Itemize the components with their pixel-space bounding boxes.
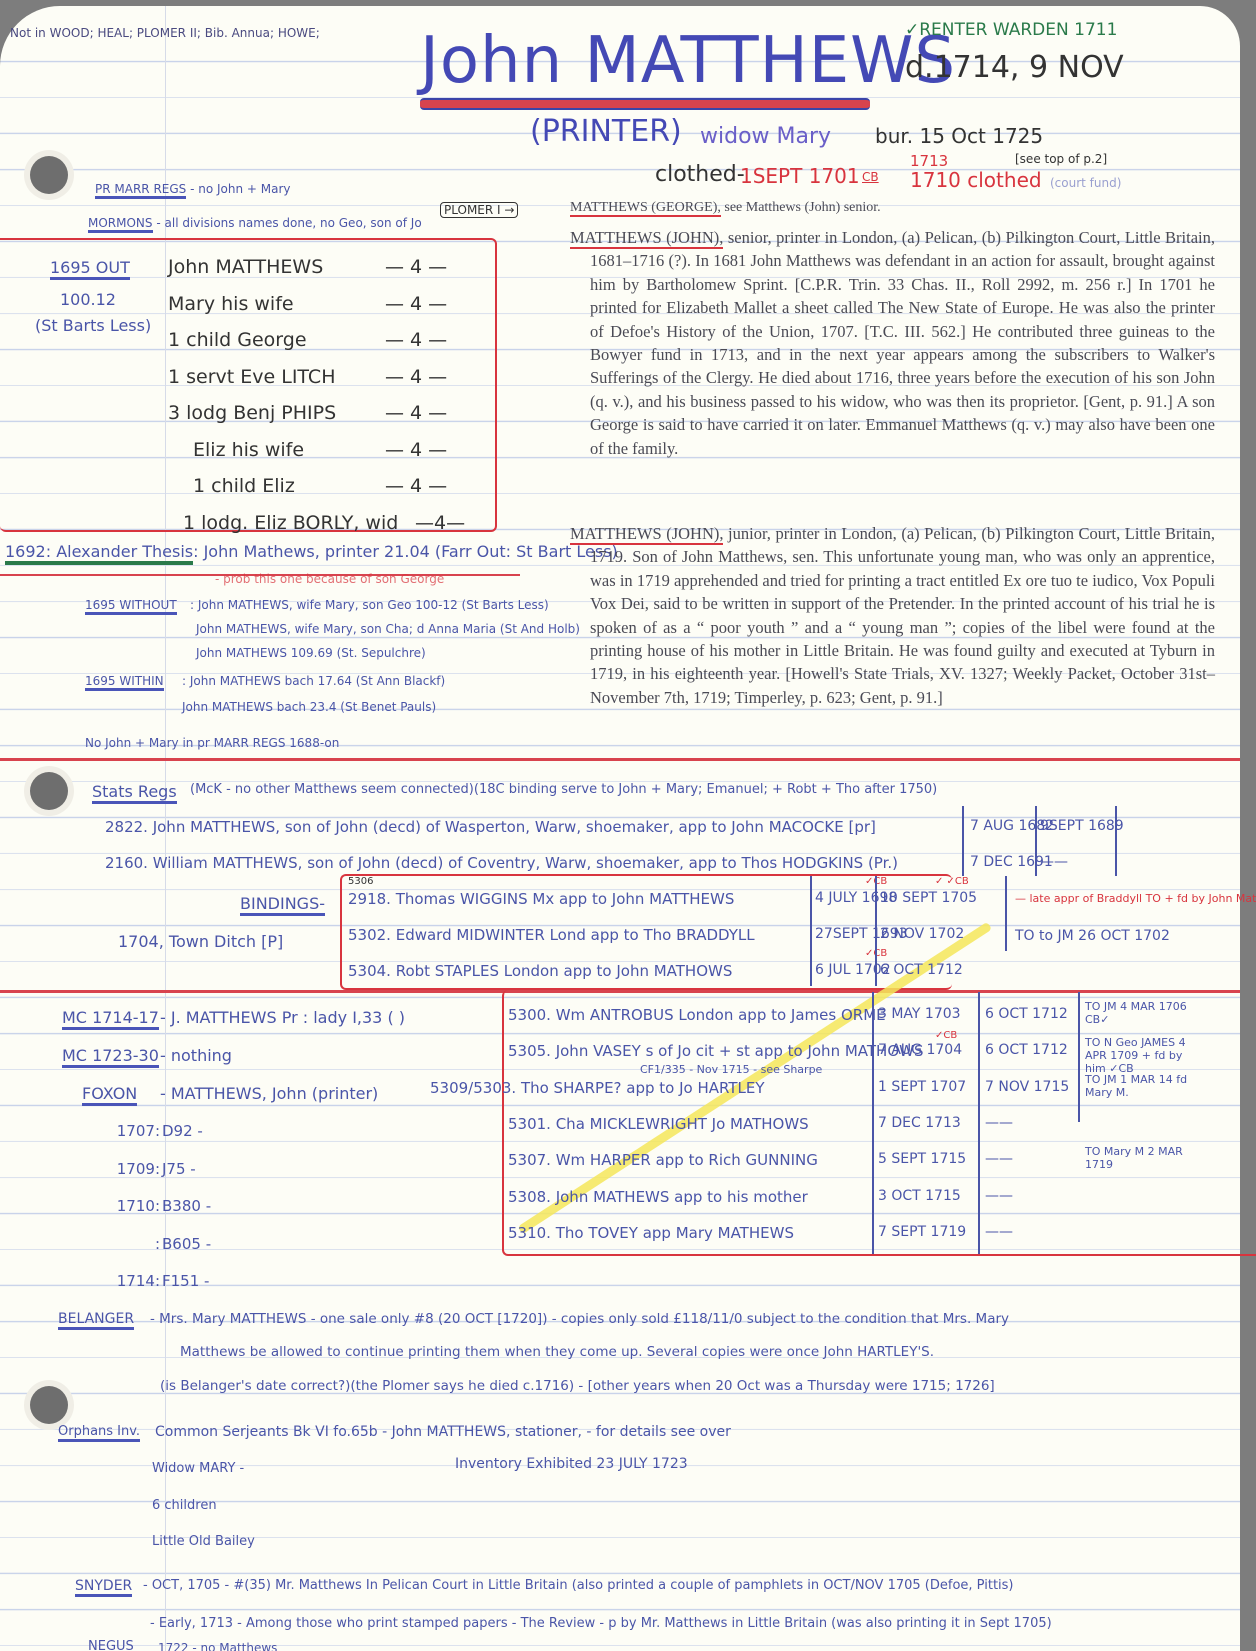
- see-page-note: [see top of p.2]: [1015, 152, 1107, 166]
- without-line: : John MATHEWS, wife Mary, son Geo 100-1…: [190, 598, 549, 612]
- town-ditch-note: 1704, Town Ditch [P]: [118, 932, 283, 951]
- mary-binding-bound-date: 3 MAY 1703: [878, 1006, 961, 1022]
- printed-entry-senior: MATTHEWS (JOHN), senior, printer in Lond…: [570, 226, 1215, 460]
- punch-hole: [30, 772, 68, 810]
- stats-entry-free-date: 9SEPT 1689: [1040, 818, 1124, 834]
- orphans-children: 6 children: [152, 1498, 217, 1513]
- foxon-year: 1707:: [110, 1122, 160, 1140]
- burial-date: bur. 15 Oct 1725: [875, 124, 1043, 148]
- household-member: 1 child George: [168, 329, 307, 351]
- thesis-note-red: - prob this one because of son George: [215, 572, 444, 586]
- george-head: MATTHEWS (GEORGE),: [570, 200, 721, 217]
- mc2-text: - nothing: [160, 1046, 232, 1065]
- out-1695-ref: 100.12: [60, 290, 116, 309]
- mary-binding-bound-date: 5 SEPT 1715: [878, 1151, 966, 1167]
- belanger-label: BELANGER: [58, 1311, 134, 1330]
- mary-binding-bound-date: 7 AUG 1704: [878, 1042, 962, 1058]
- thesis-text: : John Mathews, printer 21.04 (Farr Out:…: [193, 542, 618, 561]
- page-title: John MATTHEWS: [420, 24, 956, 98]
- binding-entry: 2918. Thomas WIGGINS Mx app to John MATT…: [348, 890, 734, 908]
- foxon-ref: J75 -: [162, 1160, 196, 1178]
- household-member: Eliz his wife: [193, 439, 304, 461]
- widow-name: widow Mary: [700, 124, 831, 149]
- cb-check-mark: ✓CB: [935, 1030, 957, 1041]
- mary-binding-bound-date: 3 OCT 1715: [878, 1188, 961, 1204]
- mary-binding-entry: 5308. John MATHEWS app to his mother: [508, 1188, 808, 1206]
- mormons-text: - all divisions names done, no Geo, son …: [156, 216, 421, 230]
- household-member: 1 child Eliz: [193, 475, 295, 497]
- orphans-inventory: Inventory Exhibited 23 JULY 1723: [455, 1456, 688, 1472]
- orphans-text: Common Serjeants Bk VI fo.65b - John MAT…: [155, 1424, 731, 1440]
- punch-hole: [30, 1386, 68, 1424]
- column-divider: [962, 806, 964, 876]
- within-line: : John MATHEWS bach 17.64 (St Ann Blackf…: [182, 674, 445, 688]
- foxon-year: :: [110, 1235, 160, 1253]
- pr-marr-regs-note: PR MARR REGS - no John + Mary: [95, 182, 291, 196]
- thesis-label: 1692: Alexander Thesis: [5, 542, 193, 565]
- orphans-label: Orphans Inv.: [58, 1424, 140, 1442]
- foxon-label: FOXON: [82, 1084, 137, 1106]
- column-divider: [810, 876, 812, 986]
- column-divider: [1115, 806, 1117, 876]
- mary-binding-free-date: ——: [985, 1151, 1013, 1167]
- mary-binding-entry: 5301. Cha MICKLEWRIGHT Jo MATHOWS: [508, 1115, 809, 1133]
- binding-entry: 5302. Edward MIDWINTER Lond app to Tho B…: [348, 926, 755, 944]
- notebook-page: Not in WOOD; HEAL; PLOMER II; Bib. Annua…: [0, 6, 1240, 1651]
- belanger-line: (is Belanger's date correct?)(the Plomer…: [160, 1378, 995, 1394]
- snyder-line: - Early, 1713 - Among those who print st…: [150, 1616, 1052, 1631]
- junior-text: junior, printer in London, (a) Pelican, …: [590, 524, 1215, 707]
- mary-binding-note: TO JM 4 MAR 1706 CB✓: [1085, 1000, 1205, 1026]
- clothed-date: 1SEPT 1701: [740, 164, 860, 188]
- clothed-1710-note: (court fund): [1050, 176, 1121, 190]
- mary-binding-free-date: ——: [985, 1115, 1013, 1131]
- mary-binding-bound-date: 1 SEPT 1707: [878, 1079, 966, 1095]
- orphans-widow: Widow MARY -: [152, 1461, 244, 1476]
- thesis-note: 1692: Alexander Thesis: John Mathews, pr…: [5, 542, 618, 561]
- cb-check-mark: ✓ ✓CB: [935, 876, 969, 887]
- punch-hole: [30, 156, 68, 194]
- within-line: John MATHEWS bach 23.4 (St Benet Pauls): [182, 700, 436, 714]
- renter-warden-note: ✓RENTER WARDEN 1711: [905, 20, 1117, 40]
- household-member: Mary his wife: [168, 293, 294, 315]
- mary-binding-bound-date: 7 SEPT 1719: [878, 1224, 966, 1240]
- within-label: 1695 WITHIN: [85, 674, 164, 691]
- household-value: — 4 —: [385, 475, 447, 497]
- binding-free-date: 10 SEPT 1705: [880, 890, 977, 906]
- household-value: — 4 —: [385, 366, 447, 388]
- without-label: 1695 WITHOUT: [85, 598, 177, 615]
- snyder-line: - OCT, 1705 - #(35) Mr. Matthews In Peli…: [143, 1578, 1014, 1593]
- section-divider: [0, 758, 1240, 761]
- belanger-line: - Mrs. Mary MATTHEWS - one sale only #8 …: [150, 1311, 1009, 1327]
- binding-note: TO to JM 26 OCT 1702: [1015, 928, 1170, 944]
- mary-binding-free-date: 6 OCT 1712: [985, 1006, 1068, 1022]
- mary-binding-free-date: 6 OCT 1712: [985, 1042, 1068, 1058]
- household-member: 3 lodg Benj PHIPS: [168, 402, 336, 424]
- junior-head: MATTHEWS (JOHN),: [570, 524, 723, 545]
- stats-entry: 2160. William MATTHEWS, son of John (dec…: [105, 854, 898, 872]
- mary-binding-entry: 5305. John VASEY s of Jo cit + st app to…: [508, 1042, 923, 1060]
- foxon-year: 1714:: [110, 1272, 160, 1290]
- snyder-label: SNYDER: [75, 1578, 132, 1597]
- mormons-label: MORMONS: [88, 216, 153, 233]
- stats-entry: 2822. John MATTHEWS, son of John (decd) …: [105, 818, 876, 836]
- negus-label: NEGUS: [88, 1639, 134, 1651]
- foxon-year: 1710:: [110, 1197, 160, 1215]
- plomer-ref: PLOMER I →: [440, 202, 518, 218]
- mary-binding-annotation: CF1/335 - Nov 1715 - see Sharpe: [640, 1063, 822, 1076]
- bindings-label: BINDINGS-: [240, 894, 325, 916]
- pr-marr-regs-label: PR MARR REGS: [95, 182, 186, 199]
- household-member: 1 servt Eve LITCH: [168, 366, 335, 388]
- household-member: John MATTHEWS: [168, 256, 323, 278]
- mary-binding-note: TO JM 1 MAR 14 fd Mary M.: [1085, 1073, 1205, 1099]
- without-line: John MATHEWS 109.69 (St. Sepulchre): [196, 646, 426, 660]
- pr-marr-regs-text: - no John + Mary: [190, 182, 290, 196]
- foxon-ref: B605 -: [162, 1235, 211, 1253]
- foxon-ref: B380 -: [162, 1197, 211, 1215]
- title-underline: [420, 98, 870, 110]
- binding-note: — late appr of Braddyll TO + fd by John …: [1015, 892, 1256, 905]
- binding-num-above: 5306: [348, 876, 373, 887]
- column-divider: [1078, 992, 1080, 1122]
- not-in-sources-note: Not in WOOD; HEAL; PLOMER II; Bib. Annua…: [10, 26, 320, 40]
- orphans-place: Little Old Bailey: [152, 1534, 255, 1549]
- stats-entry-free-date: ——: [1040, 854, 1068, 870]
- printed-entry-george: MATTHEWS (GEORGE), see Matthews (John) s…: [570, 196, 1215, 219]
- household-member: 1 lodg. Eliz BORLY, wid: [183, 512, 398, 534]
- binding-free-date: 2 NOV 1702: [880, 926, 964, 942]
- mc1-text: - J. MATTHEWS Pr : lady I,33 ( ): [160, 1008, 405, 1027]
- household-value: —4—: [415, 512, 465, 534]
- household-value: — 4 —: [385, 329, 447, 351]
- foxon-ref: F151 -: [162, 1272, 209, 1290]
- mary-binding-entry: 5300. Wm ANTROBUS London app to James OR…: [508, 1006, 886, 1024]
- column-divider: [1035, 806, 1037, 876]
- foxon-year: 1709:: [110, 1160, 160, 1178]
- foxon-text: - MATTHEWS, John (printer): [160, 1084, 378, 1103]
- mc2-label: MC 1723-30: [62, 1046, 159, 1068]
- mary-binding-free-date: 7 NOV 1715: [985, 1079, 1069, 1095]
- mary-binding-free-date: ——: [985, 1188, 1013, 1204]
- column-divider: [1005, 876, 1007, 951]
- out-1695-label: 1695 OUT: [50, 258, 130, 277]
- clothed-1710: 1710 clothed: [910, 168, 1042, 192]
- mary-binding-note: TO Mary M 2 MAR 1719: [1085, 1145, 1205, 1171]
- negus-text: 1722 - no Matthews: [158, 1641, 277, 1651]
- column-divider: [875, 876, 877, 986]
- no-john-mary-note: No John + Mary in pr MARR REGS 1688-on: [85, 736, 339, 750]
- belanger-line: Matthews be allowed to continue printing…: [180, 1344, 934, 1360]
- george-text: see Matthews (John) senior.: [721, 200, 881, 215]
- binding-free-date: 6 OCT 1712: [880, 962, 963, 978]
- household-value: — 4 —: [385, 293, 447, 315]
- mary-binding-bound-date: 7 DEC 1713: [878, 1115, 961, 1131]
- death-date: d.1714, 9 NOV: [905, 50, 1124, 85]
- printed-entry-junior: MATTHEWS (JOHN), junior, printer in Lond…: [570, 522, 1215, 709]
- household-value: — 4 —: [385, 402, 447, 424]
- mormons-note: MORMONS - all divisions names done, no G…: [88, 216, 422, 230]
- mary-binding-entry: 5310. Tho TOVEY app Mary MATHEWS: [508, 1224, 794, 1242]
- column-divider: [872, 992, 874, 1254]
- trade-label: (PRINTER): [530, 114, 682, 149]
- column-divider: [978, 992, 980, 1254]
- household-value: — 4 —: [385, 439, 447, 461]
- mary-binding-free-date: ——: [985, 1224, 1013, 1240]
- without-line: John MATHEWS, wife Mary, son Cha; d Anna…: [196, 622, 580, 636]
- foxon-ref: D92 -: [162, 1122, 203, 1140]
- senior-head: MATTHEWS (JOHN),: [570, 228, 723, 249]
- mary-binding-entry: 5309/5303. Tho SHARPE? app to Jo HARTLEY: [430, 1079, 765, 1097]
- clothed-label: clothed-: [655, 162, 745, 187]
- out-1695-parish: (St Barts Less): [35, 316, 151, 335]
- mary-binding-note: TO N Geo JAMES 4 APR 1709 + fd by him ✓C…: [1085, 1036, 1205, 1075]
- cb-mark: CB: [862, 170, 879, 184]
- senior-text: senior, printer in London, (a) Pelican, …: [590, 228, 1215, 458]
- mc1-label: MC 1714-17: [62, 1008, 159, 1030]
- mary-binding-entry: 5307. Wm HARPER app to Rich GUNNING: [508, 1151, 818, 1169]
- stats-regs-label: Stats Regs: [92, 782, 177, 804]
- stats-regs-note: (McK - no other Matthews seem connected)…: [190, 782, 937, 797]
- household-value: — 4 —: [385, 256, 447, 278]
- binding-entry: 5304. Robt STAPLES London app to John MA…: [348, 962, 732, 980]
